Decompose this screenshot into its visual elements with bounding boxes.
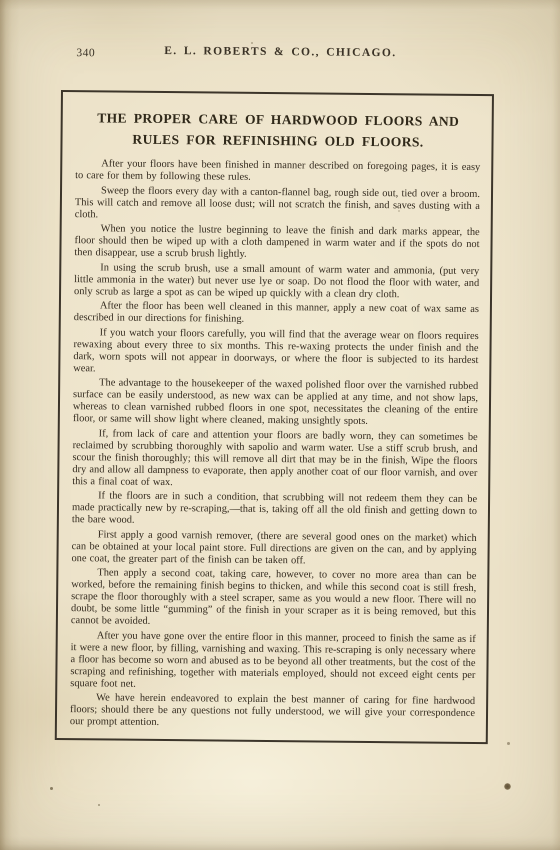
paragraph: First apply a good varnish remover, (the… — [71, 529, 476, 569]
paragraph: If you watch your floors carefully, you … — [73, 327, 478, 379]
scan-tilt-wrapper: 340 E. L. ROBERTS & CO., CHICAGO. THE PR… — [0, 0, 560, 850]
article-border-box: THE PROPER CARE OF HARDWOOD FLOORS AND R… — [55, 90, 494, 744]
paragraph: In using the scrub brush, use a small am… — [74, 262, 479, 302]
paragraph: After the floor has been well cleaned in… — [74, 300, 479, 328]
paragraph: We have herein endeavored to explain the… — [70, 692, 475, 732]
paragraph: Then apply a second coat, taking care, h… — [71, 567, 477, 631]
stain-speck — [507, 742, 510, 745]
scanned-book-page: 340 E. L. ROBERTS & CO., CHICAGO. THE PR… — [0, 0, 560, 850]
running-head: 340 E. L. ROBERTS & CO., CHICAGO. — [0, 43, 560, 68]
article-title-line2: RULES FOR REFINISHING OLD FLOORS. — [75, 128, 480, 153]
paragraph: After you have gone over the entire floo… — [70, 630, 476, 694]
stain-speck — [50, 787, 53, 790]
paragraph: If the floors are in such a condition, t… — [72, 490, 477, 530]
paragraph: Sweep the floors every day with a canton… — [75, 185, 480, 225]
stain-speck — [398, 210, 400, 212]
stain-speck — [98, 804, 100, 806]
stain-speck — [251, 42, 253, 44]
stain-speck — [504, 783, 511, 790]
paragraph: The advantage to the housekeeper of the … — [73, 377, 478, 429]
paragraph: If, from lack of care and attention your… — [72, 428, 478, 492]
paragraph: After your floors have been finished in … — [75, 158, 480, 186]
article-title: THE PROPER CARE OF HARDWOOD FLOORS AND R… — [75, 107, 480, 153]
paragraph: When you notice the lustre beginning to … — [74, 223, 479, 263]
